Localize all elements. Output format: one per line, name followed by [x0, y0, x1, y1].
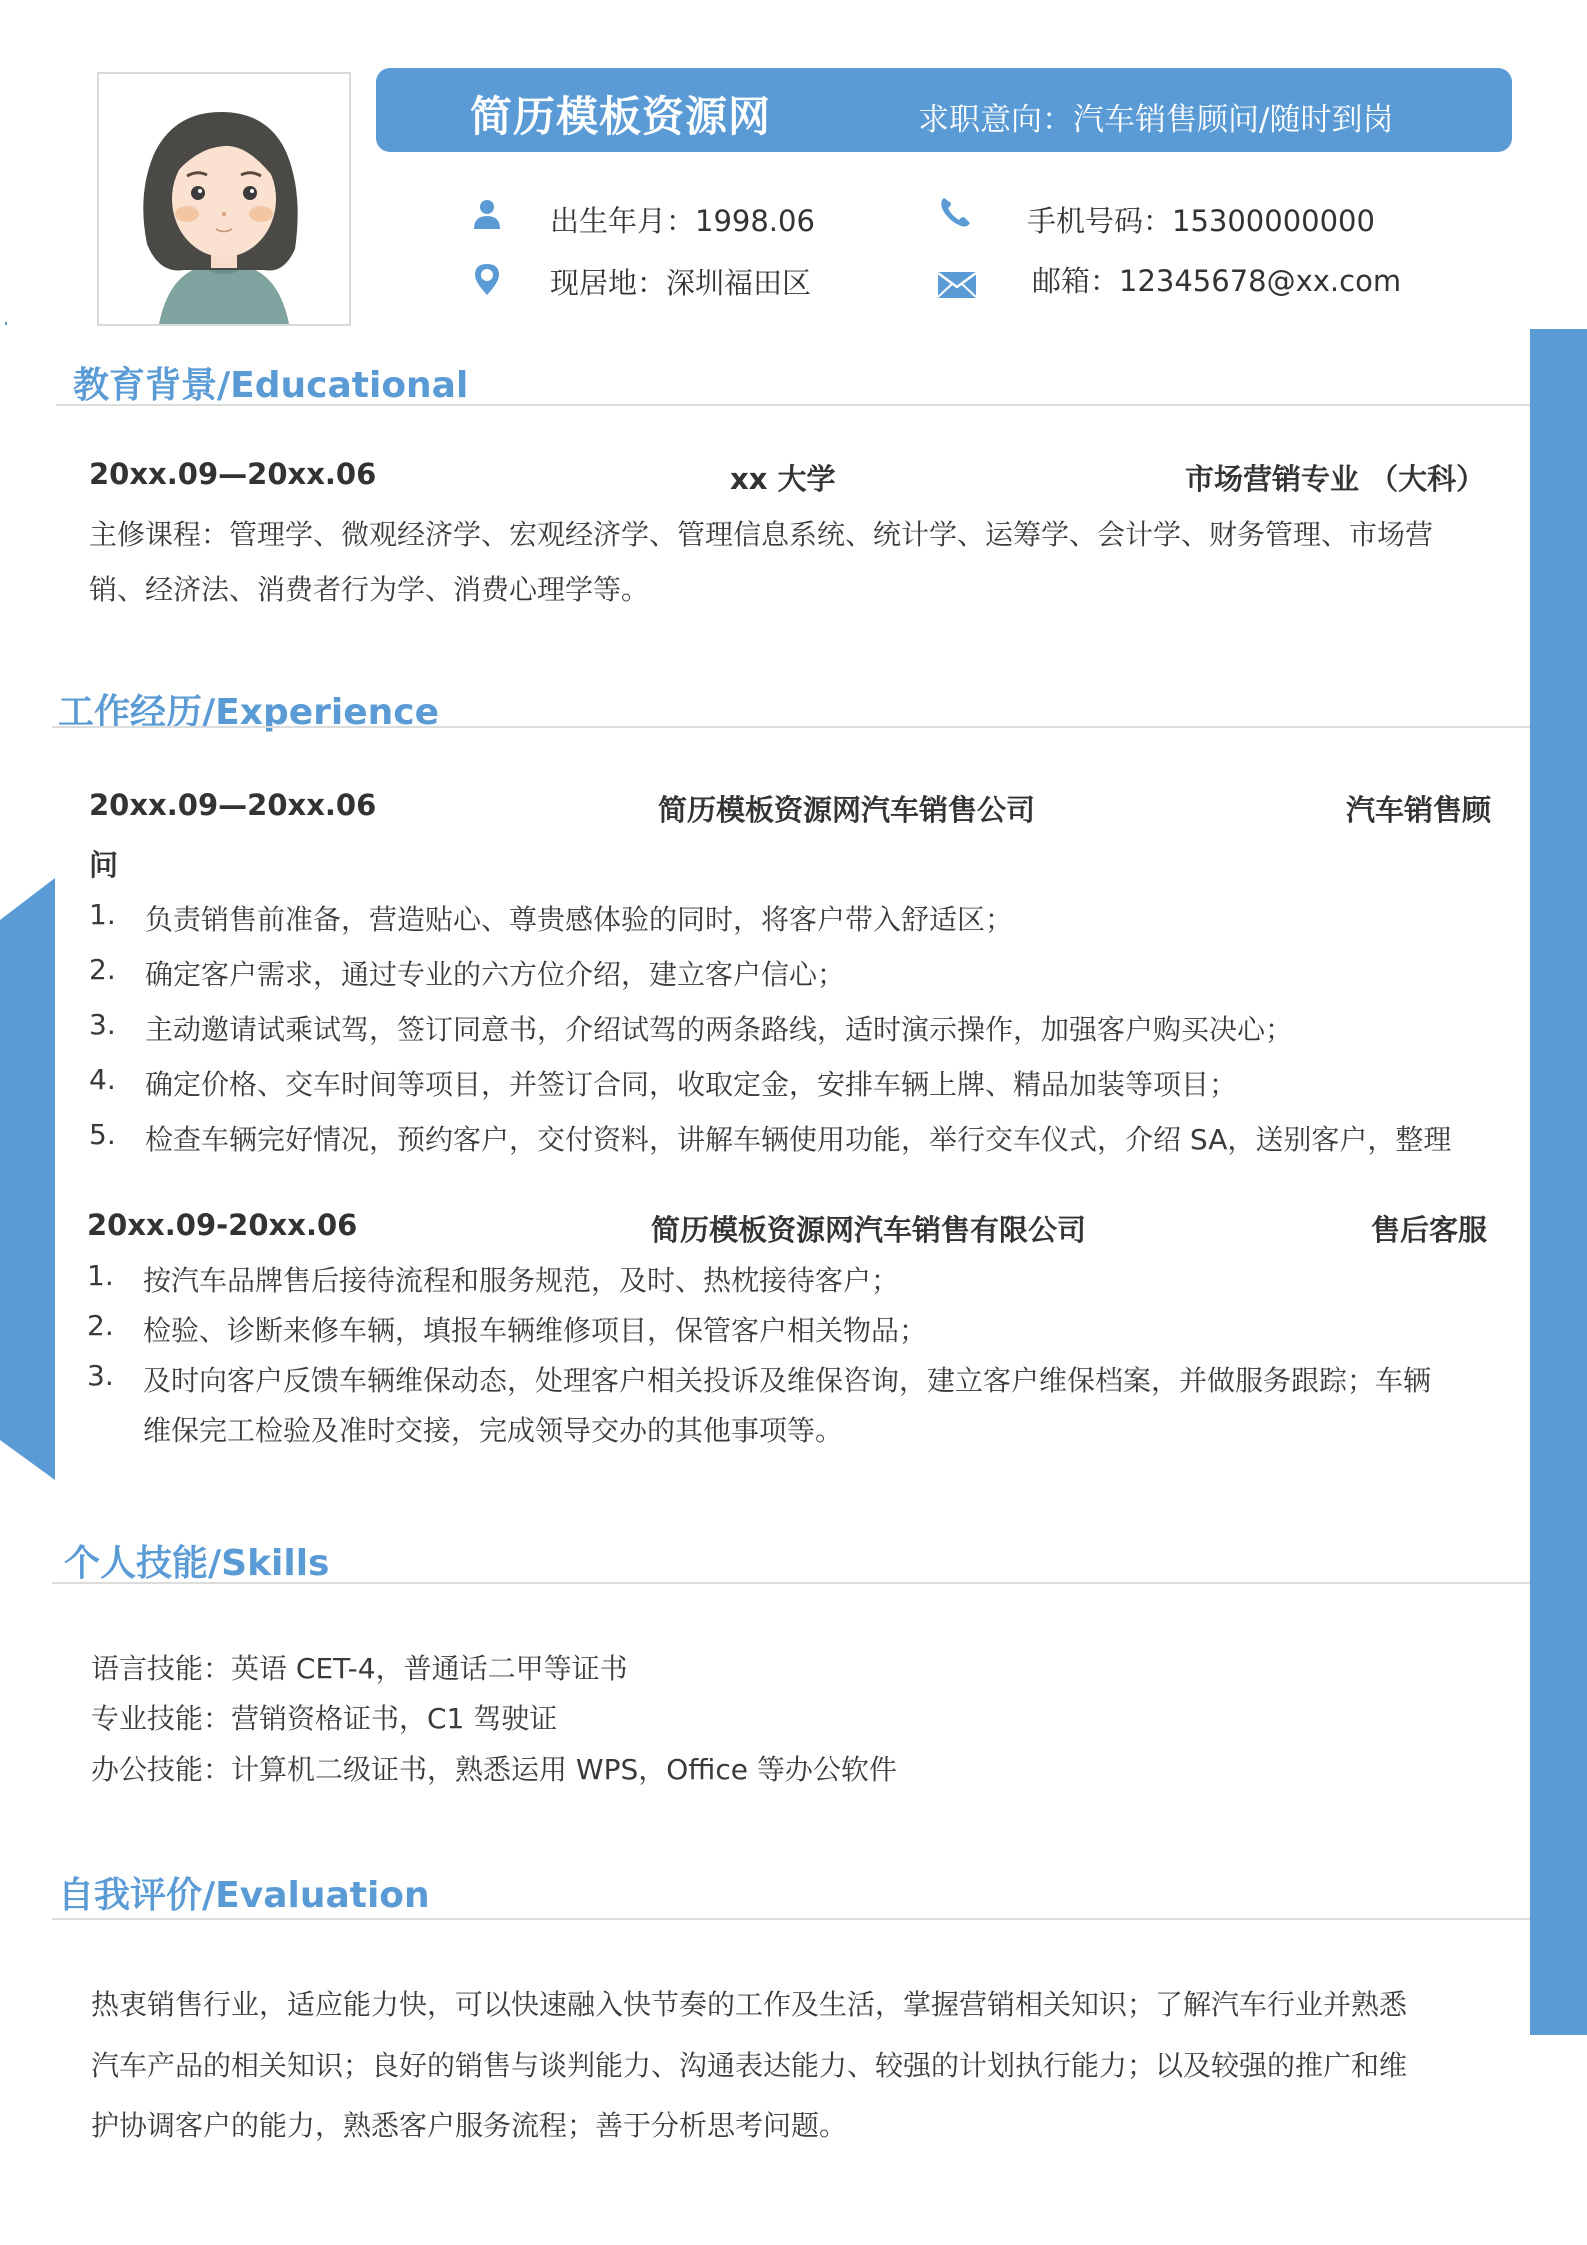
- right-accent-bar: [1530, 329, 1587, 2035]
- section-divider: [56, 404, 1530, 406]
- section-divider: [52, 1918, 1530, 1920]
- education-major: 市场营销专业 （大科）: [1185, 457, 1485, 498]
- job-period: 20xx.09-20xx.06: [87, 1208, 357, 1242]
- education-courses-line: 主修课程：管理学、微观经济学、宏观经济学、管理信息系统、统计学、运筹学、会计学、…: [89, 513, 1433, 553]
- education-school: xx 大学: [730, 457, 836, 498]
- job-role-wrap: 问: [89, 843, 118, 884]
- section-divider: [52, 1582, 1530, 1584]
- person-icon: [470, 197, 504, 231]
- job-company: 简历模板资源网汽车销售公司: [658, 788, 1035, 829]
- decorative-mark: [5, 322, 7, 325]
- job-period: 20xx.09—20xx.06: [89, 788, 376, 822]
- list-item-continued: 维保完工检验及准时交接，完成领导交办的其他事项等。: [143, 1409, 843, 1449]
- list-item: 按汽车品牌售后接待流程和服务规范，及时、热枕接待客户；: [143, 1259, 899, 1299]
- envelope-icon: [938, 272, 976, 298]
- section-title-skills: 个人技能/Skills: [64, 1535, 329, 1586]
- education-courses-line: 销、经济法、消费者行为学、消费心理学等。: [89, 568, 649, 608]
- job-company: 简历模板资源网汽车销售有限公司: [651, 1208, 1086, 1249]
- list-item: 检验、诊断来修车辆，填报车辆维修项目，保管客户相关物品；: [143, 1309, 927, 1349]
- list-item: 确定价格、交车时间等项目，并签订合同，收取定金，安排车辆上牌、精品加装等项目；: [145, 1063, 1237, 1103]
- section-title-education: 教育背景/Educational: [73, 357, 468, 408]
- location-pin-icon: [470, 262, 504, 296]
- resume-name: 简历模板资源网: [470, 84, 771, 144]
- list-item: 及时向客户反馈车辆维保动态，处理客户相关投诉及维保咨询，建立客户维保档案，并做服…: [143, 1359, 1431, 1399]
- left-accent-trapezoid: [0, 878, 55, 1480]
- current-location: 现居地：深圳福田区: [550, 261, 811, 302]
- avatar-illustration: [99, 74, 349, 324]
- section-divider: [52, 726, 1530, 728]
- phone-icon: [938, 195, 972, 229]
- list-item: 检查车辆完好情况，预约客户，交付资料，讲解车辆使用功能，举行交车仪式，介绍 SA…: [145, 1118, 1451, 1158]
- list-item: 主动邀请试乘试驾，签订同意书，介绍试驾的两条路线，适时演示操作，加强客户购买决心…: [145, 1008, 1293, 1048]
- job-role: 售后客服: [1371, 1208, 1487, 1249]
- list-number: 1.: [87, 1259, 114, 1292]
- list-number: 4.: [89, 1063, 116, 1096]
- list-item: 负责销售前准备，营造贴心、尊贵感体验的同时，将客户带入舒适区；: [145, 898, 1013, 938]
- list-number: 5.: [89, 1118, 116, 1151]
- job-intent: 求职意向：汽车销售顾问/随时到岗: [918, 94, 1393, 139]
- list-item: 确定客户需求，通过专业的六方位介绍，建立客户信心；: [145, 953, 845, 993]
- phone-number: 手机号码：15300000000: [1027, 199, 1375, 240]
- email-address: 邮箱：12345678@xx.com: [1032, 259, 1401, 300]
- evaluation-line: 护协调客户的能力，熟悉客户服务流程；善于分析思考问题。: [91, 2104, 847, 2144]
- list-number: 2.: [89, 953, 116, 986]
- list-number: 3.: [89, 1008, 116, 1041]
- evaluation-line: 热衷销售行业，适应能力快，可以快速融入快节奏的工作及生活，掌握营销相关知识；了解…: [91, 1983, 1407, 2023]
- education-period: 20xx.09—20xx.06: [89, 457, 376, 491]
- list-number: 3.: [87, 1359, 114, 1392]
- skill-item: 语言技能：英语 CET-4，普通话二甲等证书: [91, 1647, 628, 1687]
- birth-date: 出生年月：1998.06: [550, 199, 815, 240]
- skill-item: 办公技能：计算机二级证书，熟悉运用 WPS，Office 等办公软件: [91, 1748, 897, 1788]
- evaluation-line: 汽车产品的相关知识；良好的销售与谈判能力、沟通表达能力、较强的计划执行能力；以及…: [91, 2044, 1407, 2084]
- job-role: 汽车销售顾: [1346, 788, 1491, 829]
- list-number: 2.: [87, 1309, 114, 1342]
- profile-photo: [97, 72, 351, 326]
- list-number: 1.: [89, 898, 116, 931]
- section-title-evaluation: 自我评价/Evaluation: [58, 1867, 430, 1918]
- skill-item: 专业技能：营销资格证书，C1 驾驶证: [91, 1697, 557, 1737]
